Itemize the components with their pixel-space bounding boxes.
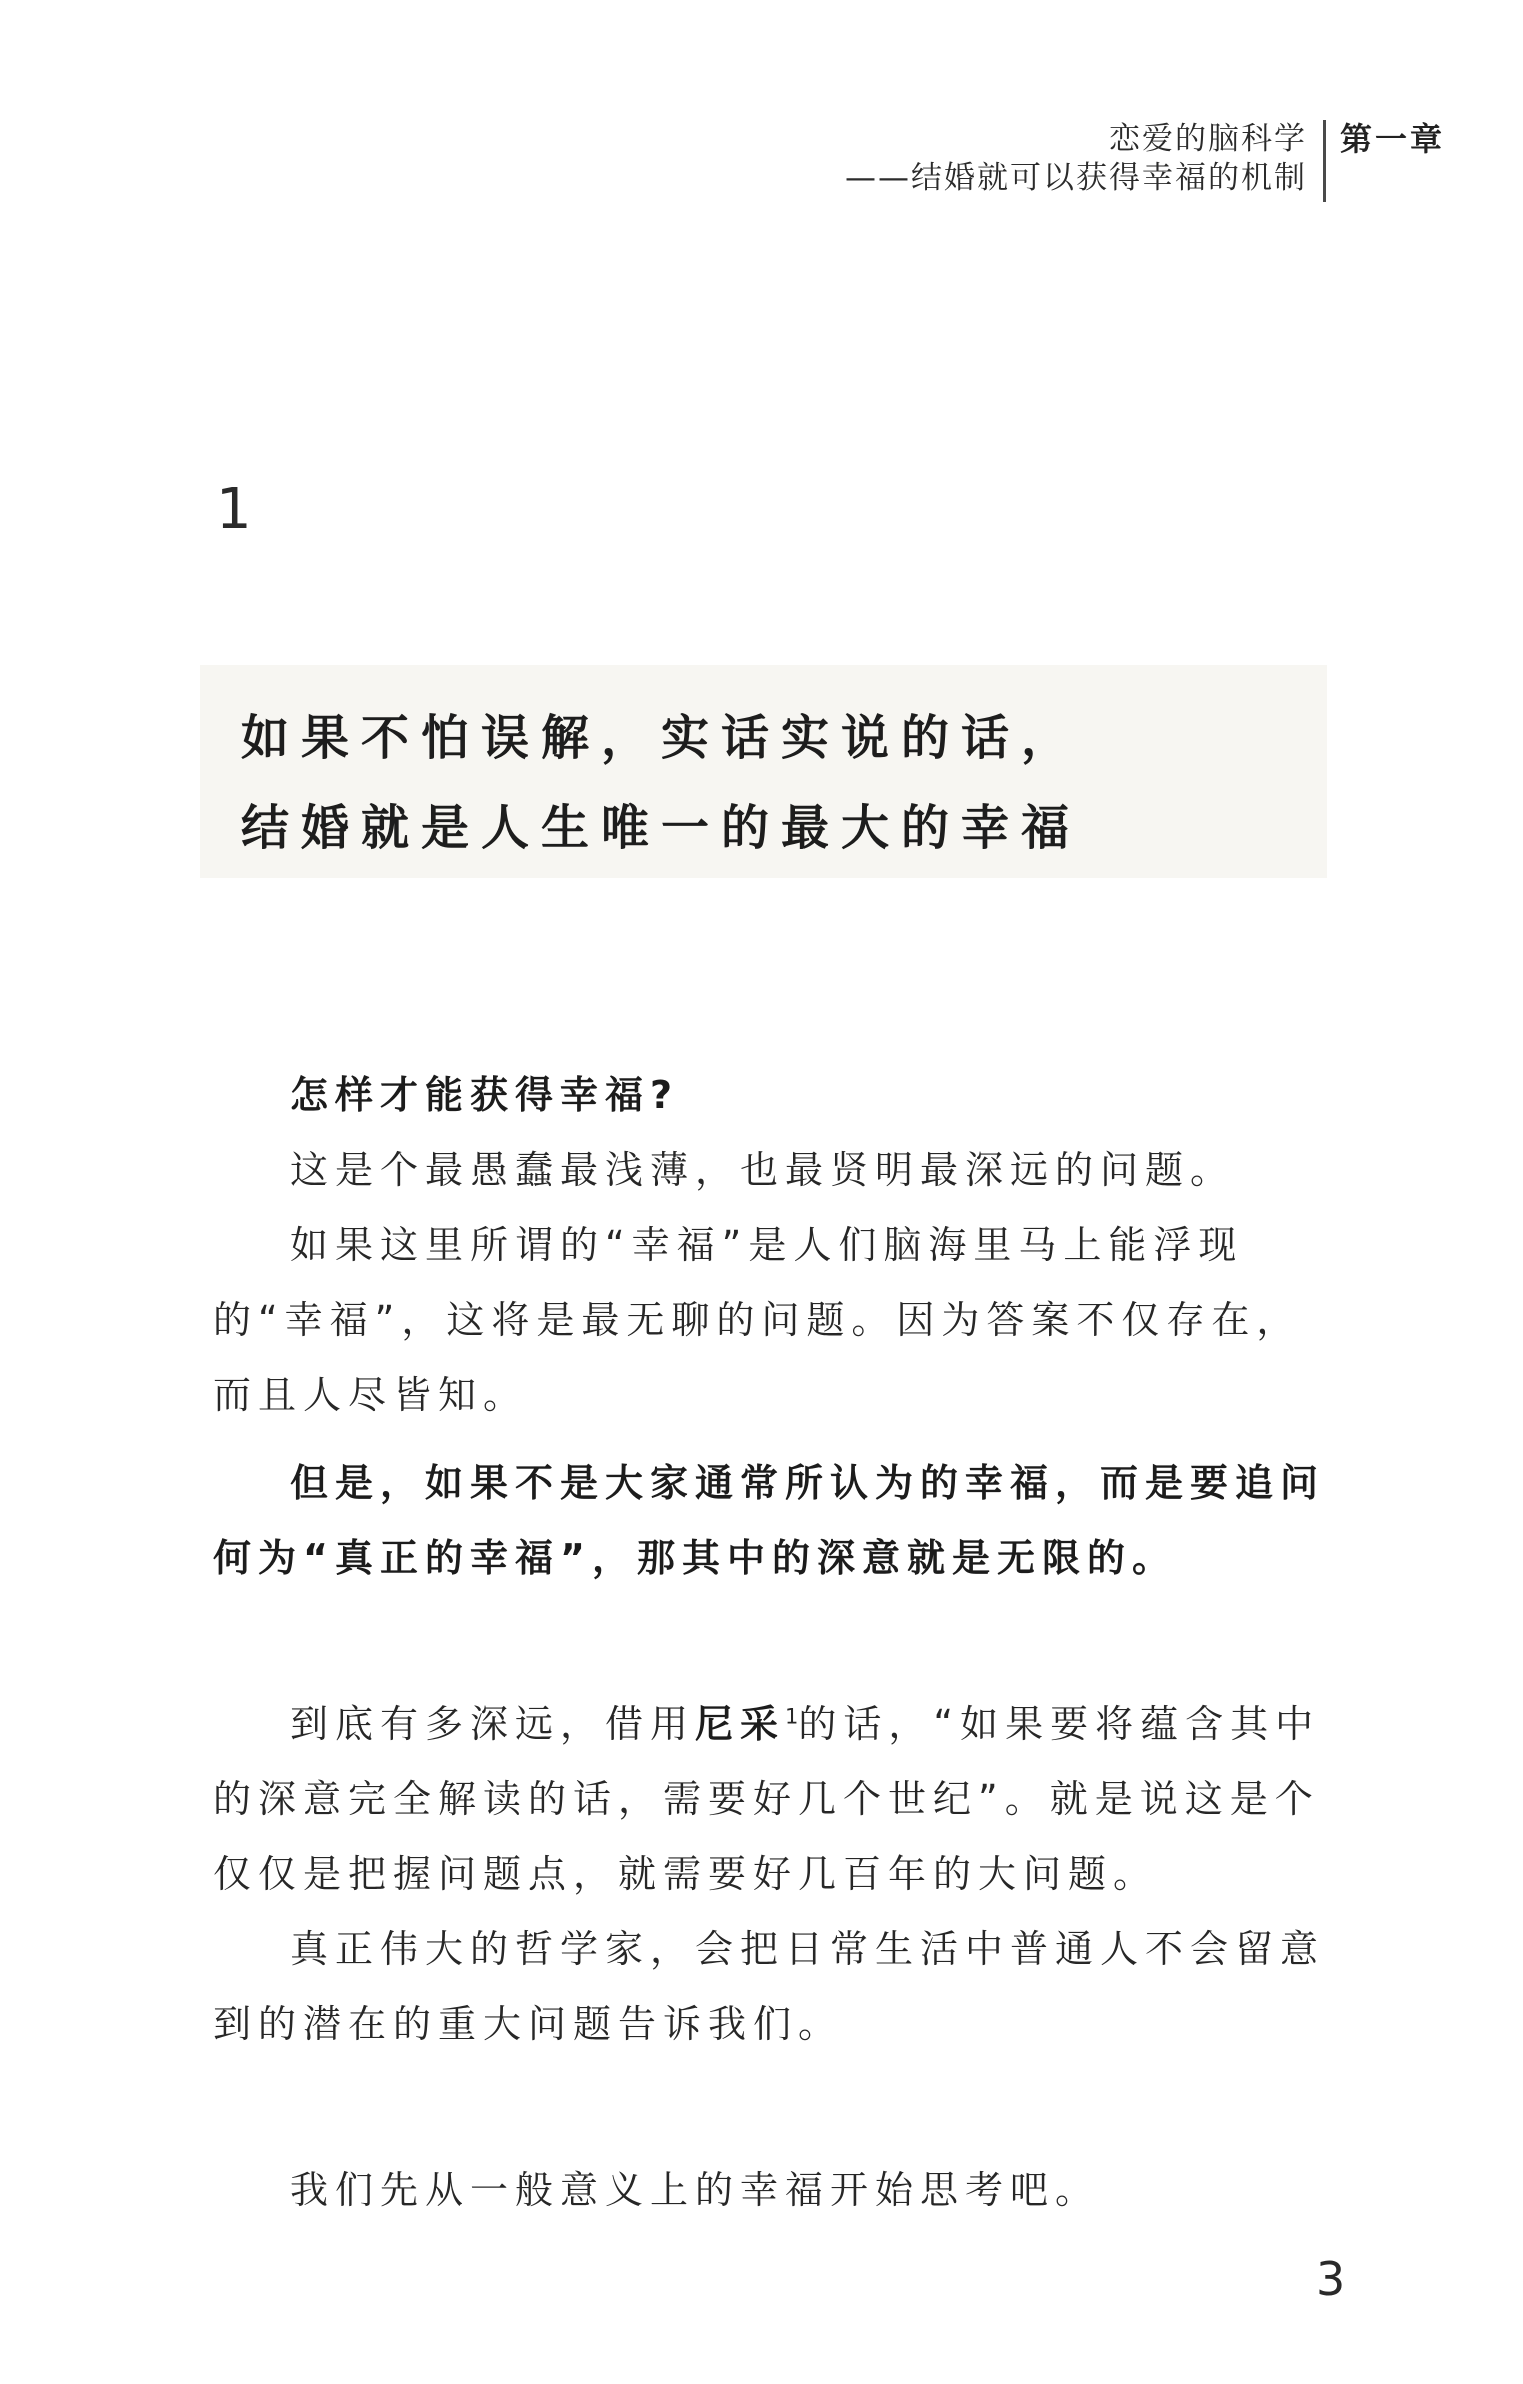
- body-line: 到底有多深远，借用尼采1的话，“如果要将蕴含其中: [213, 1687, 1353, 1762]
- section-title-line: 结婚就是人生唯一的最大的幸福: [241, 783, 1327, 873]
- running-header-titles: 恋爱的脑科学 ——结婚就可以获得幸福的机制: [845, 120, 1307, 198]
- text-segment: 而且人尽皆知。: [213, 1373, 528, 1417]
- body-line: 如果这里所谓的“幸福”是人们脑海里马上能浮现: [213, 1208, 1353, 1283]
- section-number: 1: [216, 482, 252, 538]
- text-segment: 的话，“如果要将蕴含其中: [798, 1702, 1320, 1746]
- header-divider: [1323, 120, 1326, 202]
- text-segment: 如果这里所谓的“幸福”是人们脑海里马上能浮现: [290, 1223, 1243, 1267]
- paragraph: 但是，如果不是大家通常所认为的幸福，而是要追问何为“真正的幸福”，那其中的深意就…: [213, 1446, 1353, 1596]
- text-segment: 到底有多深远，借用: [290, 1702, 695, 1746]
- text-segment: 何为“真正的幸福”，那其中的深意就是无限的。: [213, 1536, 1177, 1580]
- text-segment: 真正伟大的哲学家，会把日常生活中普通人不会留意: [290, 1927, 1325, 1971]
- body-line: 我们先从一般意义上的幸福开始思考吧。: [213, 2153, 1353, 2228]
- body-line: 何为“真正的幸福”，那其中的深意就是无限的。: [213, 1521, 1353, 1596]
- body-line: 这是个最愚蠢最浅薄，也最贤明最深远的问题。: [213, 1133, 1353, 1208]
- paragraph: 如果这里所谓的“幸福”是人们脑海里马上能浮现的“幸福”，这将是最无聊的问题。因为…: [213, 1208, 1353, 1433]
- chapter-label: 第一章: [1340, 120, 1445, 159]
- section-title-line: 如果不怕误解，实话实说的话，: [241, 693, 1327, 783]
- paragraph: 真正伟大的哲学家，会把日常生活中普通人不会留意到的潜在的重大问题告诉我们。: [213, 1912, 1353, 2062]
- body-line: 真正伟大的哲学家，会把日常生活中普通人不会留意: [213, 1912, 1353, 1987]
- text-segment: 怎样才能获得幸福?: [290, 1073, 679, 1117]
- paragraph: 我们先从一般意义上的幸福开始思考吧。: [213, 2153, 1353, 2228]
- text-segment: 到的潜在的重大问题告诉我们。: [213, 2002, 843, 2046]
- text-segment: 仅仅是把握问题点，就需要好几百年的大问题。: [213, 1852, 1158, 1896]
- body-line: 而且人尽皆知。: [213, 1358, 1353, 1433]
- section-title-block: 如果不怕误解，实话实说的话， 结婚就是人生唯一的最大的幸福: [200, 665, 1327, 878]
- body-line: 但是，如果不是大家通常所认为的幸福，而是要追问: [213, 1446, 1353, 1521]
- text-segment: 这是个最愚蠢最浅薄，也最贤明最深远的问题。: [290, 1148, 1235, 1192]
- book-page: 恋爱的脑科学 ——结婚就可以获得幸福的机制 第一章 1 如果不怕误解，实话实说的…: [0, 0, 1523, 2384]
- text-segment: 我们先从一般意义上的幸福开始思考吧。: [290, 2168, 1100, 2212]
- text-segment: 但是，如果不是大家通常所认为的幸福，而是要追问: [290, 1461, 1325, 1505]
- paragraph: 这是个最愚蠢最浅薄，也最贤明最深远的问题。: [213, 1133, 1353, 1208]
- text-segment: 的“幸福”，这将是最无聊的问题。因为答案不仅存在，: [213, 1298, 1301, 1342]
- body-line: 怎样才能获得幸福?: [213, 1058, 1353, 1133]
- running-header: 恋爱的脑科学 ——结婚就可以获得幸福的机制 第一章: [845, 120, 1445, 202]
- body-line: 的深意完全解读的话，需要好几个世纪”。就是说这是个: [213, 1762, 1353, 1837]
- paragraph: 怎样才能获得幸福?: [213, 1058, 1353, 1133]
- chapter-subtitle: ——结婚就可以获得幸福的机制: [845, 159, 1307, 198]
- text-segment: 的深意完全解读的话，需要好几个世纪”。就是说这是个: [213, 1777, 1320, 1821]
- body-text: 怎样才能获得幸福?这是个最愚蠢最浅薄，也最贤明最深远的问题。如果这里所谓的“幸福…: [213, 1058, 1353, 2228]
- book-title: 恋爱的脑科学: [845, 120, 1307, 159]
- body-line: 仅仅是把握问题点，就需要好几百年的大问题。: [213, 1837, 1353, 1912]
- footnote-marker: 1: [785, 1704, 798, 1728]
- body-line: 的“幸福”，这将是最无聊的问题。因为答案不仅存在，: [213, 1283, 1353, 1358]
- page-number: 3: [1316, 2252, 1345, 2306]
- text-segment: 尼采: [695, 1702, 785, 1746]
- paragraph: 到底有多深远，借用尼采1的话，“如果要将蕴含其中的深意完全解读的话，需要好几个世…: [213, 1687, 1353, 1912]
- body-line: 到的潜在的重大问题告诉我们。: [213, 1987, 1353, 2062]
